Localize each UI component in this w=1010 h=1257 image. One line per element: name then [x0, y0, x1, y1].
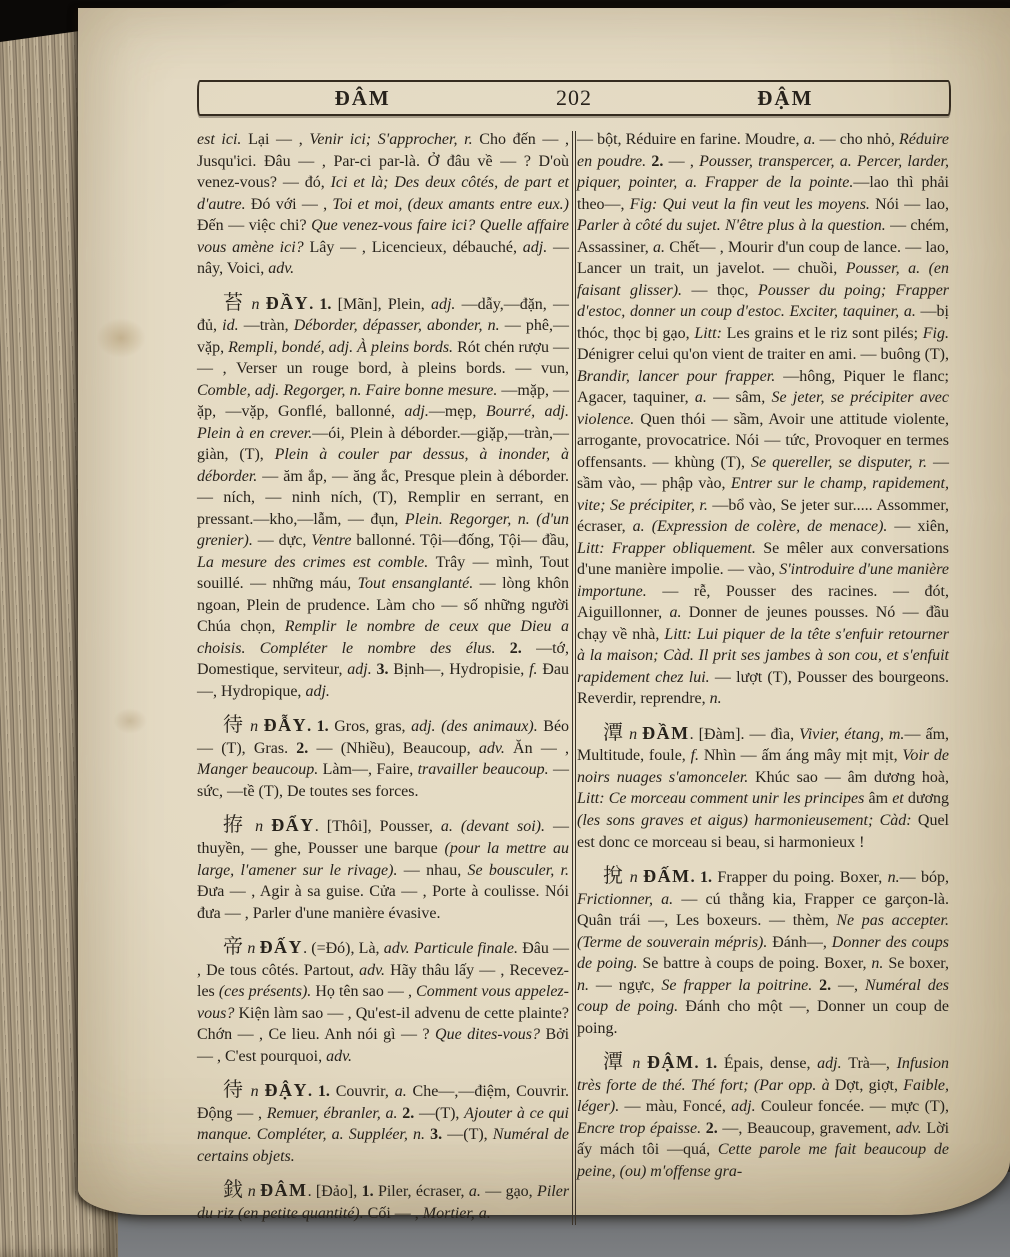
column-left: est ici. Lại — , Venir ici; S'approcher,… [197, 129, 569, 1235]
dictionary-entry: 帝 n ĐẤY. (=Đó), Là, adv. Particule final… [197, 935, 569, 1067]
hanzi-headword-glyph: 苔 [223, 292, 245, 314]
page-number: 202 [468, 85, 679, 111]
dictionary-entry: 苔 n ĐẦY. 1. [Mãn], Plein, adj. —dẫy,—đặn… [197, 291, 569, 703]
header-word-left: ĐÂM [257, 86, 468, 111]
header-word-right: ĐẬM [680, 86, 891, 111]
paper-stain [113, 708, 147, 734]
book-page: ĐÂM 202 ĐẬM est ici. Lại — , Venir ici; … [78, 8, 1010, 1215]
text-columns: est ici. Lại — , Venir ici; S'approcher,… [197, 129, 951, 1235]
hanzi-headword-glyph: 潭 [603, 1051, 626, 1073]
dictionary-entry: 潭 n ĐẦM. [Đàm]. — đìa, Vivier, étang, m.… [577, 721, 949, 853]
hanzi-headword-glyph: 帝 [223, 936, 243, 958]
hanzi-headword-glyph: 潭 [603, 722, 624, 744]
paper-stain [96, 318, 146, 358]
dictionary-entry: 拵 n ĐẨY. [Thôi], Pousser, a. (devant soi… [197, 813, 569, 924]
continuation-paragraph: — bột, Réduire en farine. Moudre, a. — c… [577, 129, 949, 710]
running-head: ĐÂM 202 ĐẬM [197, 80, 951, 116]
hanzi-headword-glyph: 拵 [223, 814, 247, 836]
dictionary-entry: 鈛 n ĐÂM. [Đảo], 1. Piler, écraser, a. — … [197, 1178, 569, 1224]
dictionary-entry: 挩 n ĐẤM. 1. Frapper du poing. Boxer, n.—… [577, 864, 949, 1039]
dictionary-entry: 待 n ĐẪY. 1. Gros, gras, adj. (des animau… [197, 713, 569, 802]
hanzi-headword-glyph: 待 [223, 1079, 245, 1101]
hanzi-headword-glyph: 挩 [603, 865, 624, 887]
hanzi-headword-glyph: 待 [223, 714, 245, 736]
book-photo: ĐÂM 202 ĐẬM est ici. Lại — , Venir ici; … [0, 0, 1010, 1257]
hanzi-headword-glyph: 鈛 [223, 1179, 243, 1201]
dictionary-entry: 待 n ĐẬY. 1. Couvrir, a. Che—,—điệm, Couv… [197, 1078, 569, 1167]
page-content: ĐÂM 202 ĐẬM est ici. Lại — , Venir ici; … [197, 80, 951, 1235]
column-right: — bột, Réduire en farine. Moudre, a. — c… [577, 129, 949, 1235]
column-divider [572, 131, 576, 1225]
continuation-paragraph: est ici. Lại — , Venir ici; S'approcher,… [197, 129, 569, 280]
dictionary-entry: 潭 n ĐẬM. 1. Épais, dense, adj. Trà—, Inf… [577, 1050, 949, 1182]
